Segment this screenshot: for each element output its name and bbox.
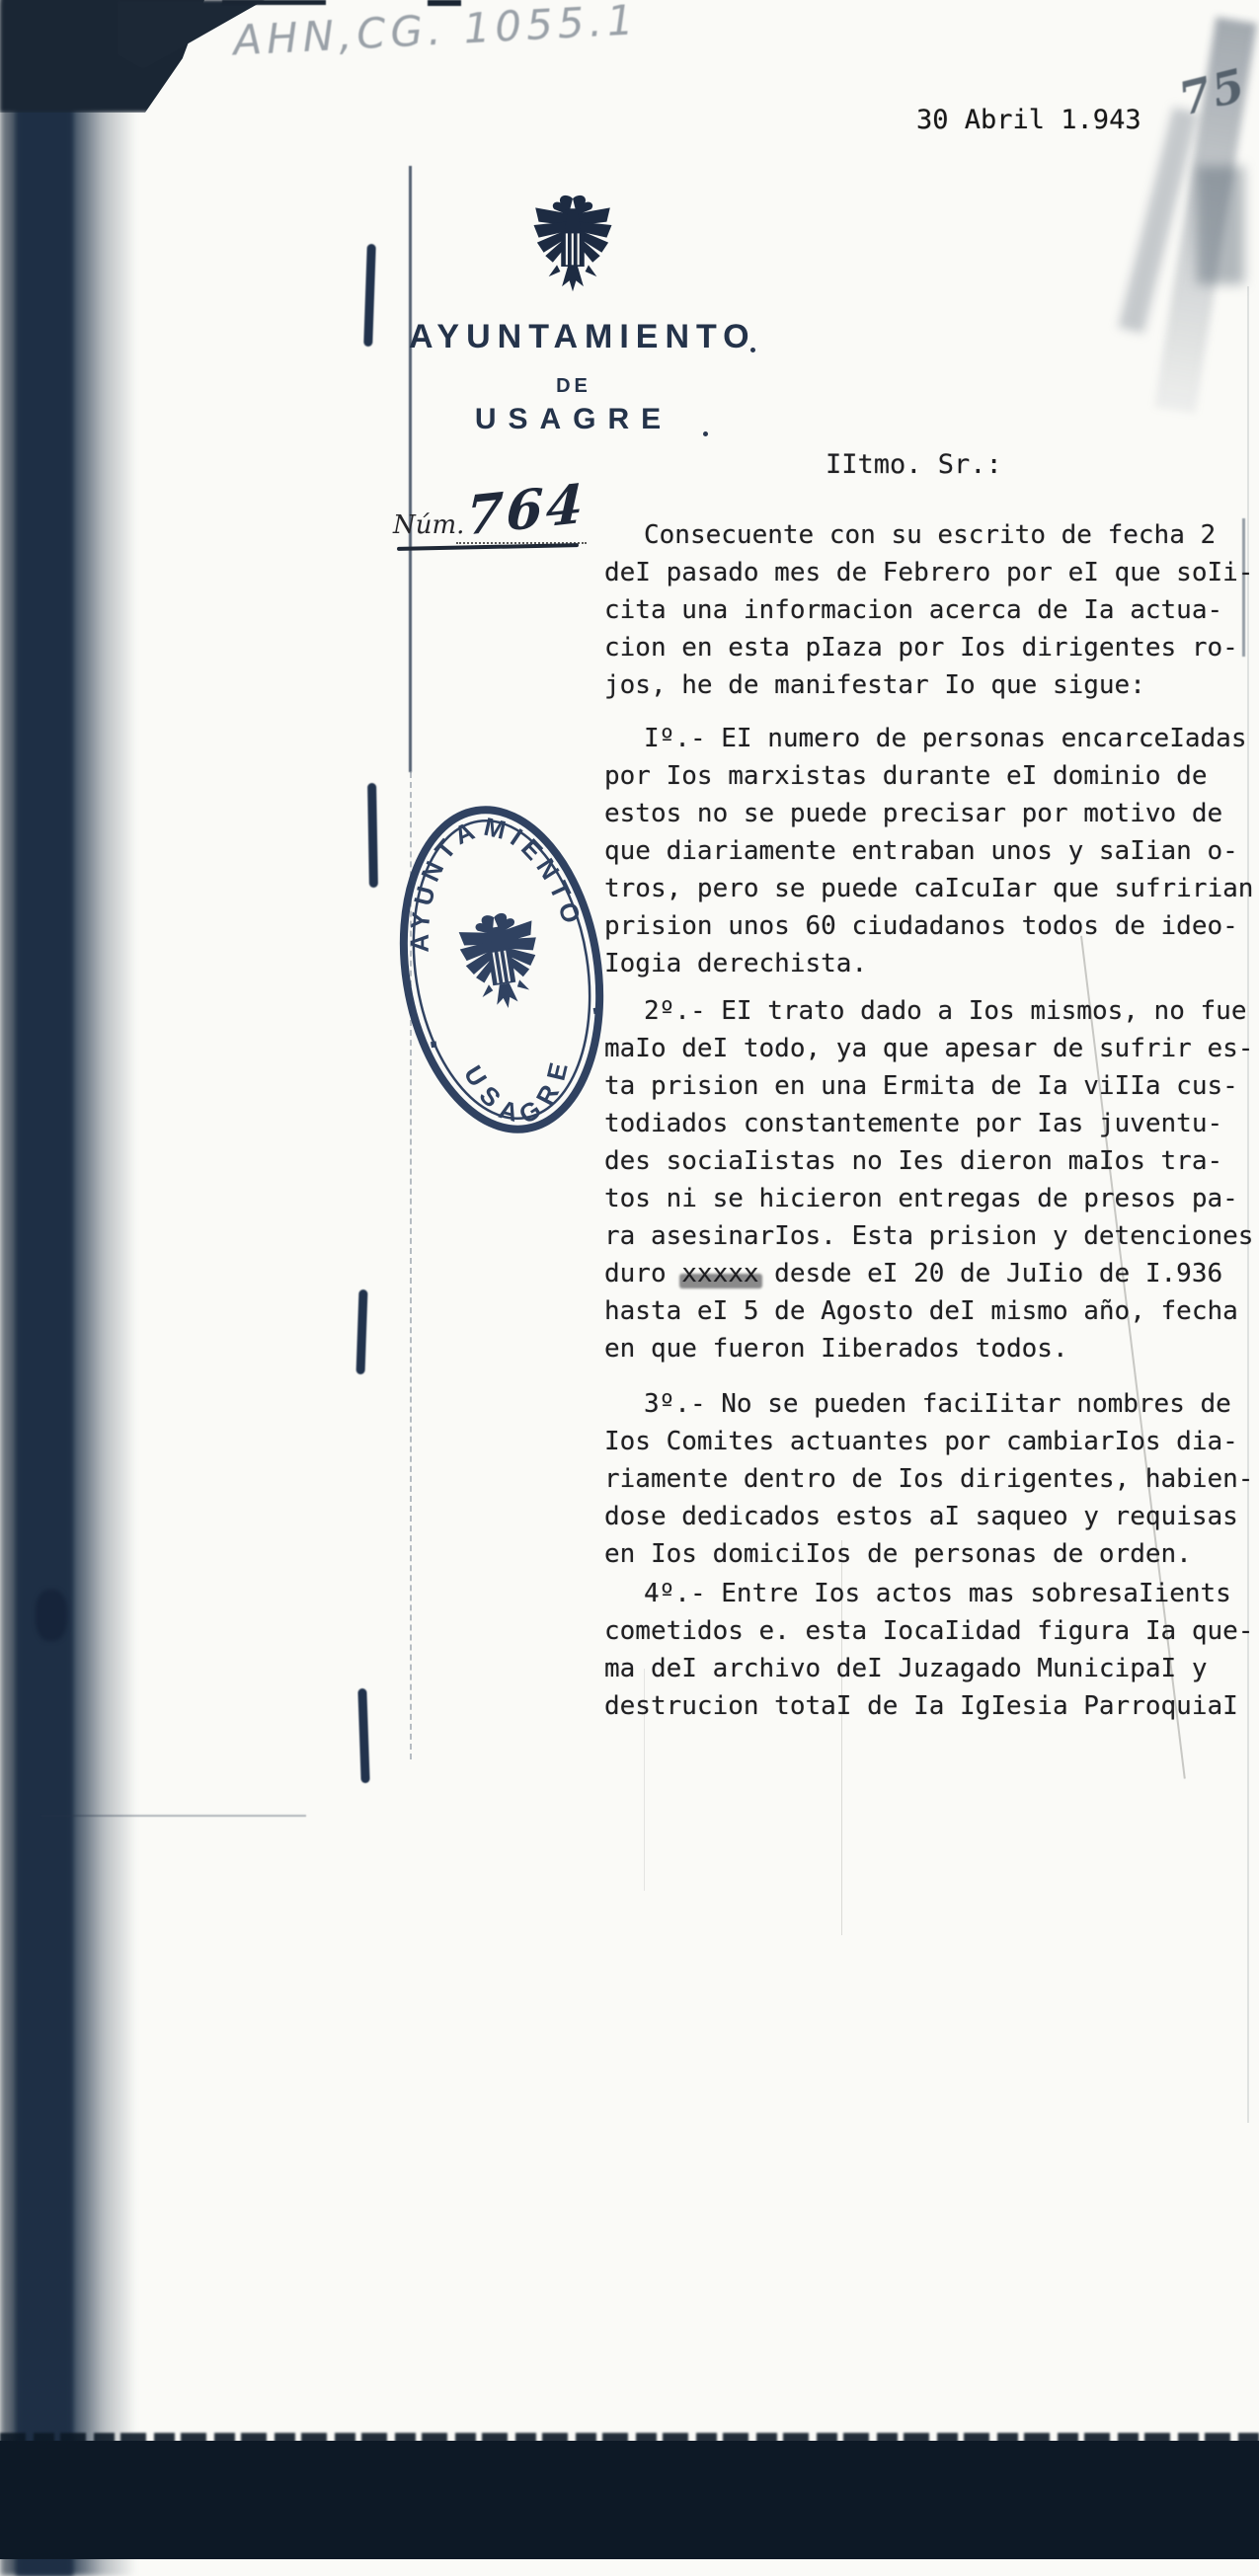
stamp-left-dot: · (421, 1024, 446, 1066)
body-line: deI pasado mes de Febrero por eI que soI… (604, 554, 1259, 591)
letterhead-municipality: USAGRE (409, 403, 739, 436)
body-line: tos ni se hicieron entregas de presos pa… (604, 1180, 1259, 1217)
stamp-eagle-icon (455, 908, 546, 1014)
svg-text:USAGRE: USAGRE (456, 1046, 586, 1139)
stamp-bottom-text: USAGRE (456, 1046, 586, 1139)
body-line: Iogia derechista. (604, 945, 1259, 982)
body-line: 4º.- Entre Ios actos mas sobresaIients (604, 1575, 1259, 1612)
scan-top-edge-mark (222, 0, 326, 5)
body-line: ma deI archivo deI Juzagado MunicipaI y (604, 1650, 1259, 1687)
staple-mark (357, 1688, 369, 1783)
paragraph-point-4: 4º.- Entre Ios actos mas sobresaIients c… (604, 1575, 1259, 1725)
scanned-document-page: 75 AHN,CG. 1055.1 30 Abril 1.943 AYUNTAM… (0, 0, 1259, 2576)
body-line: ra asesinarIos. Esta prision y detencion… (604, 1217, 1259, 1255)
municipal-rubber-stamp: AYUNTAMIENTO USAGRE · · (367, 776, 636, 1163)
body-line: destrucion totaI de Ia IgIesia Parroquia… (604, 1687, 1259, 1725)
body-line: maIo deI todo, ya que apesar de sufrir e… (604, 1030, 1259, 1067)
body-line: Iº.- EI numero de personas encarceIadas (604, 720, 1259, 757)
registry-number-underline (397, 543, 579, 551)
body-line: hasta eI 5 de Agosto deI mismo año, fech… (604, 1292, 1259, 1330)
ink-speck (703, 431, 708, 436)
letter-date: 30 Abril 1.943 (916, 105, 1141, 135)
salutation: IItmo. Sr.: (826, 446, 1002, 484)
pencil-archive-annotation: AHN,CG. 1055.1 (232, 0, 640, 65)
body-line: 3º.- No se pueden faciIitar nombres de (604, 1385, 1259, 1423)
body-line: Ios Comites actuantes por cambiarIos dia… (604, 1423, 1259, 1460)
page-fold-line (409, 166, 412, 772)
body-line: des sociaIistas no Ies dieron maIos tra- (604, 1142, 1259, 1180)
paragraph-intro: Consecuente con su escrito de fecha 2 de… (604, 516, 1259, 704)
body-line: en que fueron Iiberados todos. (604, 1330, 1259, 1367)
body-line: en Ios domiciIos de personas de orden. (604, 1535, 1259, 1573)
staple-mark (363, 244, 376, 347)
body-line: cometidos e. esta IocaIidad figura Ia qu… (604, 1612, 1259, 1650)
paragraph-point-1: Iº.- EI numero de personas encarceIadas … (604, 720, 1259, 982)
smudge-patch (1197, 166, 1244, 284)
body-line: estos no se puede precisar por motivo de (604, 795, 1259, 832)
binding-ink-knot (36, 1590, 67, 1641)
paper-hairline-mark (41, 1815, 306, 1817)
body-line: jos, he de manifestar Io que sigue: (604, 666, 1259, 704)
body-line: Consecuente con su escrito de fecha 2 (604, 516, 1259, 554)
letterhead-eagle-emblem-icon (531, 190, 614, 302)
body-line: tros, pero se puede caIcuIar que sufriri… (604, 870, 1259, 907)
scan-edge-bottom-band (0, 2441, 1259, 2559)
body-line: cita una informacion acerca de Ia actua- (604, 591, 1259, 629)
registry-number-label: Núm. (393, 510, 464, 540)
letterhead-title: AYUNTAMIENTO (409, 318, 739, 356)
body-line: dose dedicados estos aI saqueo y requisa… (604, 1498, 1259, 1535)
registry-number-handwritten: 764 (465, 471, 587, 547)
paragraph-point-2: 2º.- EI trato dado a Ios mismos, no fue … (604, 992, 1259, 1367)
body-line: por Ios marxistas durante eI dominio de (604, 757, 1259, 795)
body-line: ta prision en una Ermita de Ia viIIa cus… (604, 1067, 1259, 1105)
letterhead-de: DE (409, 375, 739, 398)
body-line: que diariamente entraban unos y saIian o… (604, 832, 1259, 870)
staple-mark (356, 1289, 368, 1374)
body-line: 2º.- EI trato dado a Ios mismos, no fue (604, 992, 1259, 1030)
scan-corner-smudge-top-right: 75 (1128, 18, 1259, 432)
paragraph-point-3: 3º.- No se pueden faciIitar nombres de I… (604, 1385, 1259, 1573)
typeover-strikeout-mark (679, 1274, 762, 1288)
body-line: riamente dentro de Ios dirigentes, habie… (604, 1460, 1259, 1498)
scan-edge-left-core (16, 0, 73, 2576)
body-line: cion en esta pIaza por Ios dirigentes ro… (604, 629, 1259, 666)
body-line: todiados constantemente por Ias juventu- (604, 1105, 1259, 1142)
body-line: prision unos 60 ciudadanos todos de ideo… (604, 907, 1259, 945)
ink-speck (750, 348, 755, 352)
